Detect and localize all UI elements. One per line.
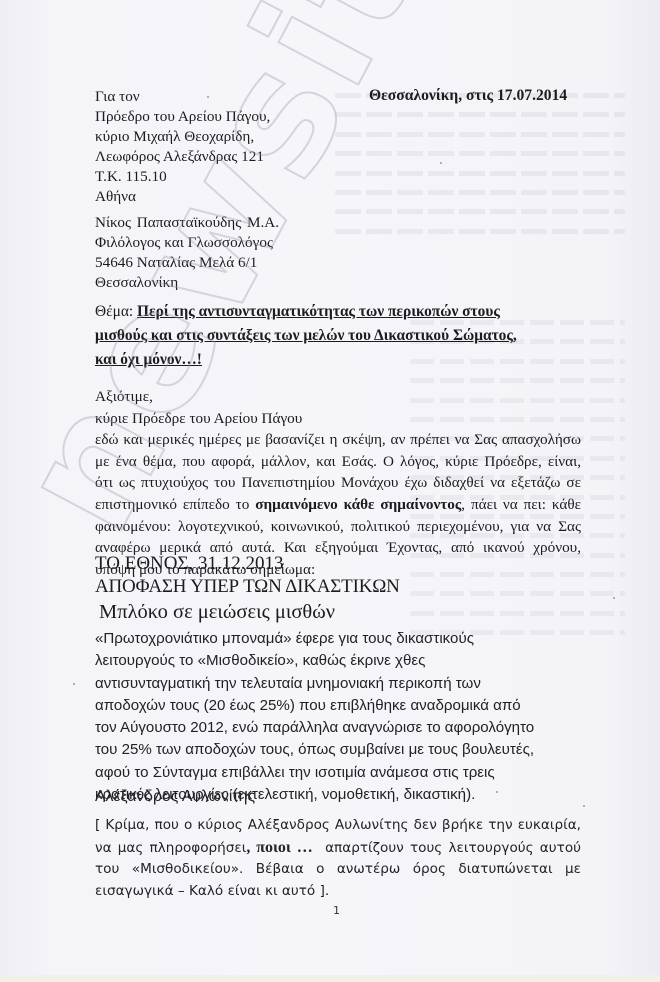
- article-author: Αλέξανδρος Αυλωνίτης: [95, 788, 255, 806]
- scan-speck: [73, 683, 75, 685]
- comment-line: του «Μισθοδικείου». Βέβαια ο ανωτέρω όρο…: [95, 859, 581, 881]
- article-line: του 25% των αποδοχών τους, όπως συμβαίνε…: [95, 739, 575, 761]
- letter-line: φαινομένου: λογοτεχνικού, κοινωνικού, πο…: [95, 516, 581, 538]
- letter-line: με ένα θέμα, που αφορά, μάλλον, και Εσάς…: [95, 451, 581, 473]
- sender-block: Νίκος Παπασταϊκούδης Μ.Α. Φιλόλογος και …: [95, 213, 279, 293]
- article-line: τον Αύγουστο 2012, ενώ παράλληλα αναγνώρ…: [95, 717, 575, 739]
- scan-speck: [496, 791, 498, 793]
- comment-line: να μας πληροφορήσει, ποιοι … απαρτίζουν …: [95, 837, 581, 860]
- letter-line: επιστημονικό επίπεδο το σημαινόμενο κάθε…: [95, 494, 581, 516]
- recipient-line: Αθήνα: [95, 187, 270, 207]
- sender-line: Θεσσαλονίκη: [95, 273, 279, 293]
- sender-line: 54646 Ναταλίας Μελά 6/1: [95, 253, 279, 273]
- letter-line: ότι ως πτυχιούχος του Πανεπιστημίου Μονά…: [95, 472, 581, 494]
- subject-line: και όχι μόνον…!: [95, 351, 202, 368]
- scan-speck: [207, 96, 209, 98]
- scan-speck: [613, 597, 615, 599]
- subject-line: μισθούς και στις συντάξεις των μελών του…: [95, 327, 517, 344]
- letter-line: εδώ και μερικές ημέρες με βασανίζει η σκ…: [95, 429, 581, 451]
- scanner-bottom-edge: [0, 975, 660, 982]
- article-line: αφού το Σύνταγμα επιβάλλει την ισοτιμία …: [95, 762, 575, 784]
- recipient-line: Για τον: [95, 87, 270, 107]
- emphasis: σημαινόμενο κάθε σημαίνοντος: [255, 496, 461, 513]
- sender-line: Φιλόλογος και Γλωσσολόγος: [95, 233, 279, 253]
- bleed-through-text: [335, 93, 625, 248]
- commentary: [ Κρίμα, που ο κύριος Αλέξανδρος Αυλωνίτ…: [95, 815, 581, 902]
- sender-line: Νίκος Παπασταϊκούδης Μ.Α.: [95, 213, 279, 233]
- recipient-block: Για τον Πρόεδρο του Αρείου Πάγου, κύριο …: [95, 87, 270, 207]
- subject-label: Θέμα:: [95, 303, 137, 320]
- salutation-addressee: κύριε Πρόεδρε του Αρείου Πάγου: [95, 408, 581, 430]
- place-date: Θεσσαλονίκη, στις 17.07.2014: [369, 87, 567, 105]
- subject: Θέμα: Περί της αντισυνταγματικότητας των…: [95, 300, 517, 372]
- scan-speck: [583, 805, 585, 807]
- emphasis: , ποιοι …: [246, 839, 312, 856]
- news-subheadline: Μπλόκο σε μειώσεις μισθών: [95, 599, 400, 625]
- comment-line: εισαγωγικά – Καλό είναι κι αυτό ].: [95, 881, 581, 903]
- salutation: Αξιότιμε,: [95, 386, 581, 408]
- scan-speck: [440, 162, 442, 164]
- article-line: αντισυνταγματική την τελευταία μνημονιακ…: [95, 673, 575, 695]
- comment-line: [ Κρίμα, που ο κύριος Αλέξανδρος Αυλωνίτ…: [95, 815, 581, 837]
- recipient-line: Τ.Κ. 115.10: [95, 167, 270, 187]
- page-number: 1: [333, 904, 340, 917]
- recipient-line: Λεωφόρος Αλεξάνδρας 121: [95, 147, 270, 167]
- news-clip: ΤΟ ΕΘΝΟΣ, 31.12.2013 ΑΠΟΦΑΣΗ ΥΠΕΡ ΤΩΝ ΔΙ…: [95, 553, 400, 625]
- subject-line: Περί της αντισυνταγματικότητας των περικ…: [137, 303, 500, 320]
- article-line: αποδοχών τους (20 έως 25%) που επιβλήθηκ…: [95, 695, 575, 717]
- article-line: «Πρωτοχρονιάτικο μπoναμά» έφερε για τους…: [95, 628, 575, 650]
- letter-body: Αξιότιμε, κύριε Πρόεδρε του Αρείου Πάγου…: [95, 386, 581, 580]
- news-headline: ΑΠΟΦΑΣΗ ΥΠΕΡ ΤΩΝ ΔΙΚΑΣΤΙΚΩΝ: [95, 575, 400, 599]
- article-line: λειτουργούς το «Μισθοδικείο», καθώς έκρι…: [95, 650, 575, 672]
- news-source: ΤΟ ΕΘΝΟΣ, 31.12.2013: [95, 553, 400, 575]
- recipient-line: κύριο Μιχαήλ Θεοχαρίδη,: [95, 127, 270, 147]
- news-article: «Πρωτοχρονιάτικο μπoναμά» έφερε για τους…: [95, 628, 575, 806]
- recipient-line: Πρόεδρο του Αρείου Πάγου,: [95, 107, 270, 127]
